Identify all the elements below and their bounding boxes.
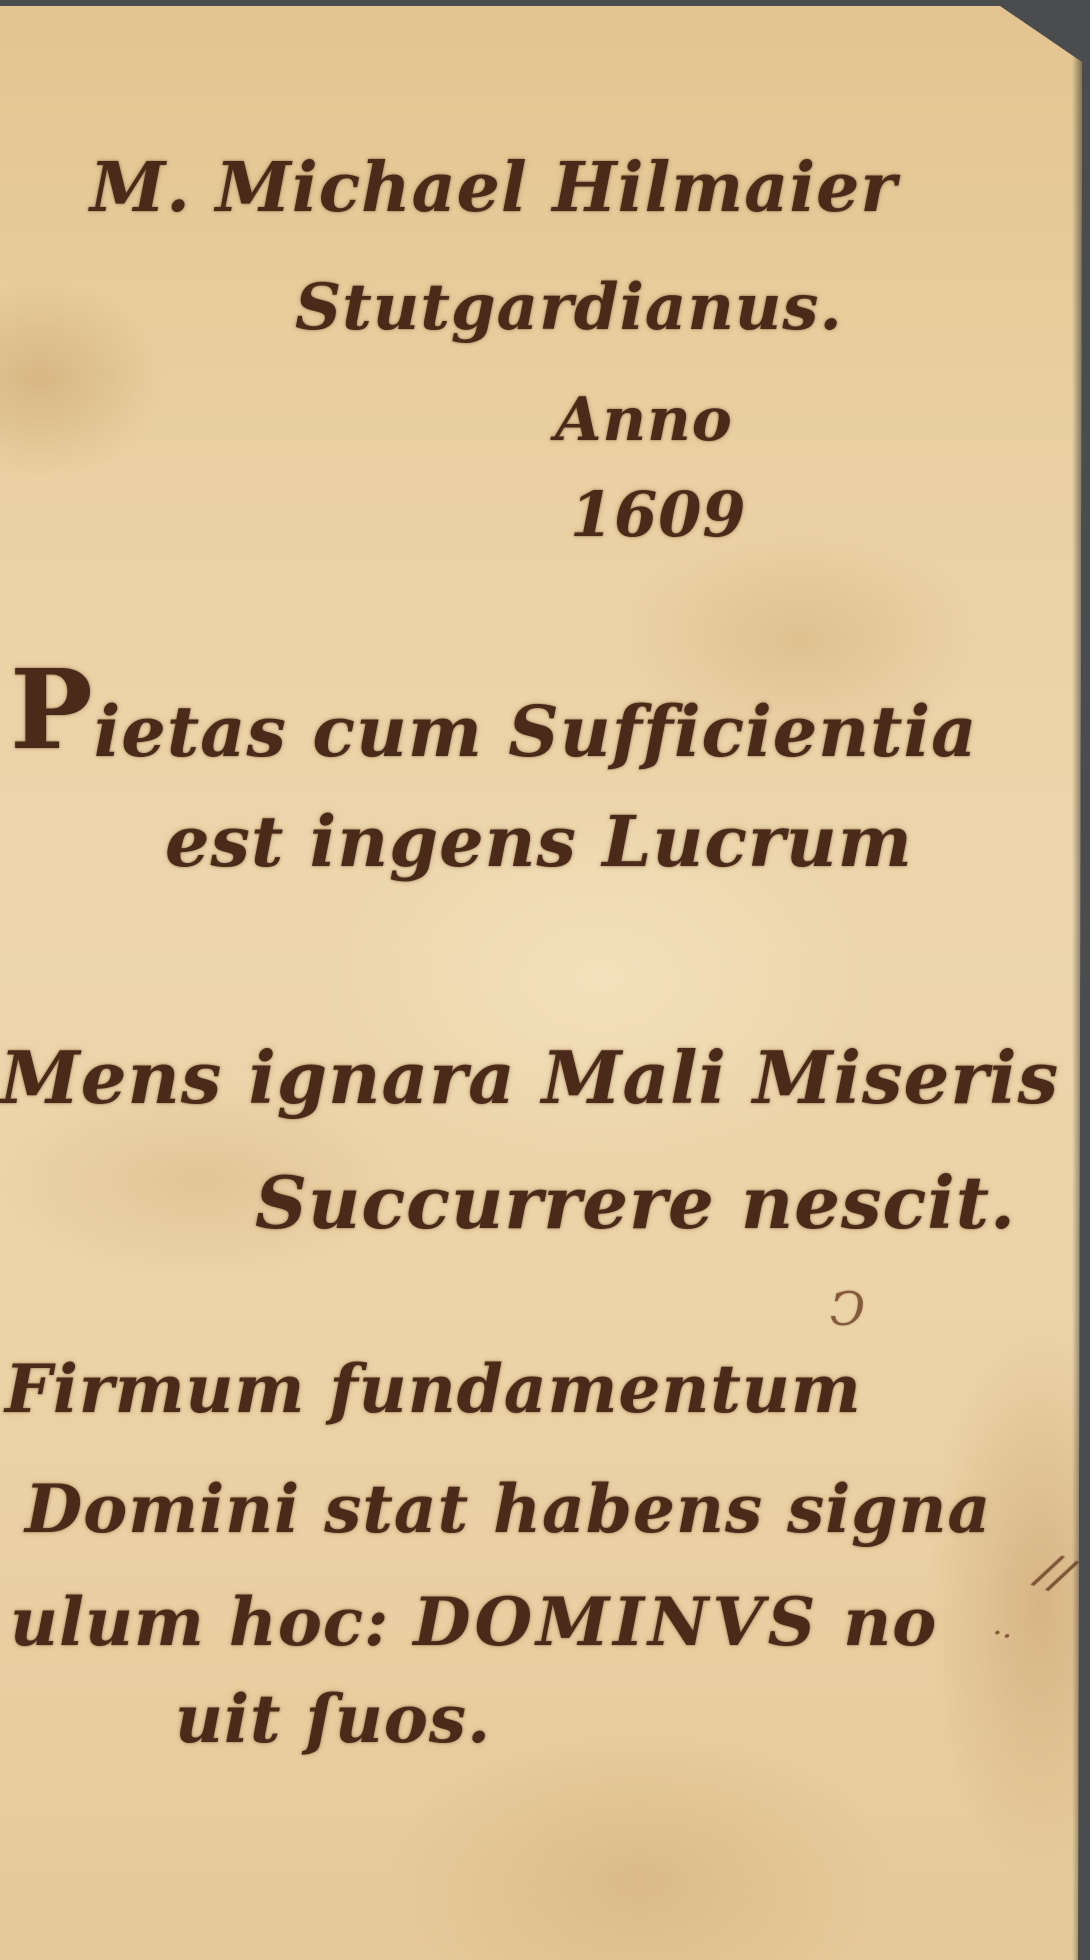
motto-2-line-2: Succurrere nescit. (255, 1160, 1016, 1245)
motto-1-line-1: Pietas cum Sufficientia (10, 690, 977, 773)
dominus-caps: DOMINVS (413, 1583, 819, 1661)
year: 1609 (570, 478, 747, 551)
anno-label: Anno (555, 385, 733, 455)
motto-3-line-2: Domini stat habens signa (25, 1470, 991, 1548)
motto-3-line-3-prefix: ulum hoc: (10, 1583, 413, 1661)
hyphen-mark-2: ॱॱ (978, 1616, 1012, 1663)
motto-3-line-4: uit ſuos. (175, 1680, 491, 1758)
motto-2-line-1: Mens ignara Mali Miseris (0, 1035, 1059, 1120)
motto-1-line-1-text: ietas cum Sufficientia (94, 690, 978, 773)
motto-3-line-3-suffix: no (819, 1583, 937, 1661)
manuscript-page: M. Michael Hilmaier Stutgardianus. Anno … (0, 0, 1082, 1960)
annotation-mark-above: Ↄ (830, 1282, 865, 1336)
page-edge-shadow (1072, 0, 1082, 1960)
motto-1-line-2: est ingens Lucrum (165, 800, 913, 883)
motto-3-line-1: Firmum fundamentum (5, 1350, 862, 1428)
owner-name: M. Michael Hilmaier (90, 148, 897, 228)
motto-3-line-3: ulum hoc: DOMINVS no (10, 1583, 937, 1661)
drop-capital-p: P (10, 645, 94, 774)
owner-origin: Stutgardianus. (295, 270, 843, 345)
